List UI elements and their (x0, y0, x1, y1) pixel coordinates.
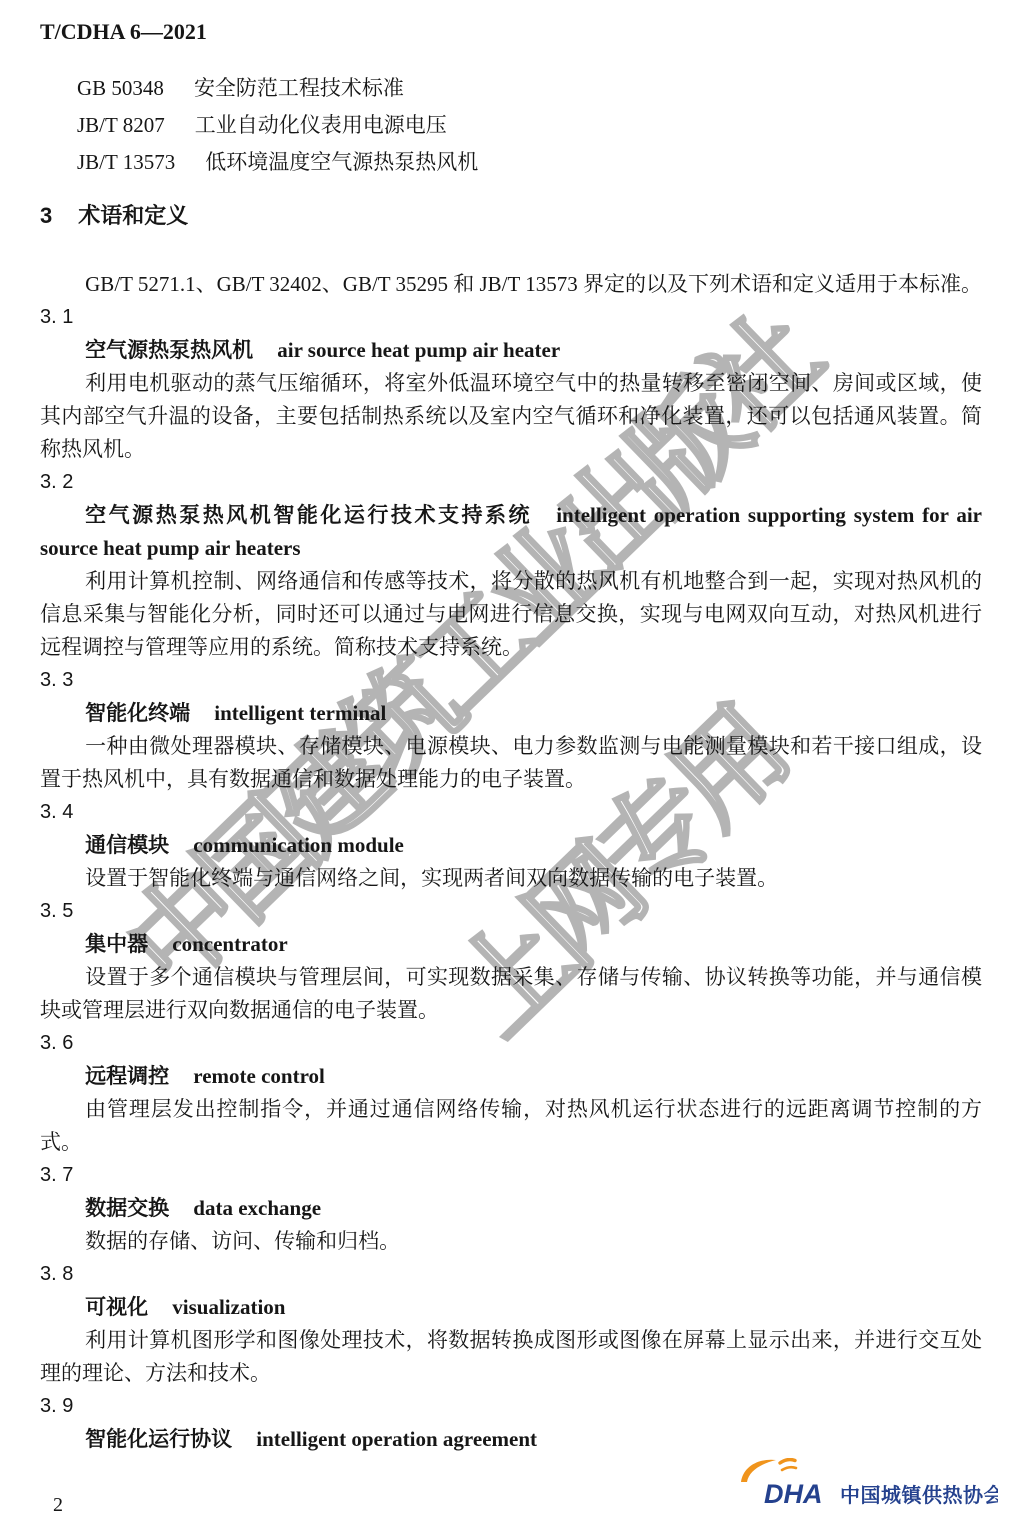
term-title-en: remote control (193, 1064, 325, 1088)
term-title-zh: 智能化终端 (85, 702, 190, 725)
reference-code: JB/T 8207 (77, 113, 165, 137)
term-entry: 3. 7 数据交换data exchange 数据的存储、访问、传输和归档。 (40, 1159, 982, 1258)
reference-title: 低环境温度空气源热泵热风机 (205, 150, 478, 174)
term-title: 智能化终端intelligent terminal (40, 697, 982, 730)
term-title-zh: 数据交换 (85, 1197, 169, 1220)
term-title: 通信模块communication module (40, 829, 982, 862)
section-heading: 3术语和定义 (40, 202, 188, 230)
intro-paragraph: GB/T 5271.1、GB/T 32402、GB/T 35295 和 JB/T… (40, 268, 982, 301)
term-title-zh: 通信模块 (85, 834, 169, 857)
term-entry: 3. 4 通信模块communication module 设置于智能化终端与通… (40, 796, 982, 895)
term-definition: 数据的存储、访问、传输和归档。 (40, 1225, 982, 1258)
term-number: 3. 1 (40, 301, 982, 334)
term-number: 3. 5 (40, 895, 982, 928)
term-entry: 3. 2 空气源热泵热风机智能化运行技术支持系统intelligent oper… (40, 466, 982, 664)
term-title-zh: 智能化运行协议 (85, 1428, 232, 1451)
term-title: 空气源热泵热风机智能化运行技术支持系统intelligent operation… (40, 499, 982, 565)
term-definition: 利用电机驱动的蒸气压缩循环，将室外低温环境空气中的热量转移至密闭空间、房间或区域… (40, 367, 982, 466)
document-page: 中国建筑工业出版社 上网专用 T/CDHA 6—2021 GB 50348安全防… (0, 0, 1020, 1534)
term-title: 远程调控remote control (40, 1060, 982, 1093)
term-title-zh: 集中器 (85, 933, 148, 956)
term-title: 智能化运行协议intelligent operation agreement (40, 1423, 982, 1456)
page-number: 2 (53, 1492, 63, 1518)
term-title-zh: 远程调控 (85, 1065, 169, 1088)
terms-list: 3. 1 空气源热泵热风机air source heat pump air he… (40, 301, 982, 1456)
terms-content: GB/T 5271.1、GB/T 32402、GB/T 35295 和 JB/T… (40, 268, 982, 1456)
term-title: 集中器concentrator (40, 928, 982, 961)
term-title-zh: 可视化 (85, 1296, 148, 1319)
section-number: 3 (40, 203, 52, 228)
term-definition: 利用计算机控制、网络通信和传感等技术，将分散的热风机有机地整合到一起，实现对热风… (40, 565, 982, 664)
term-title: 数据交换data exchange (40, 1192, 982, 1225)
term-title-en: intelligent terminal (214, 701, 386, 725)
term-definition: 利用计算机图形学和图像处理技术，将数据转换成图形或图像在屏幕上显示出来，并进行交… (40, 1324, 982, 1390)
term-definition: 设置于多个通信模块与管理层间，可实现数据采集、存储与传输、协议转换等功能，并与通… (40, 961, 982, 1027)
term-number: 3. 7 (40, 1159, 982, 1192)
term-number: 3. 3 (40, 664, 982, 697)
term-entry: 3. 1 空气源热泵热风机air source heat pump air he… (40, 301, 982, 466)
reference-line: GB 50348安全防范工程技术标准 (40, 70, 940, 107)
term-title-zh: 空气源热泵热风机 (85, 339, 253, 362)
standard-code-header: T/CDHA 6—2021 (40, 18, 207, 46)
term-entry: 3. 6 远程调控remote control 由管理层发出控制指令，并通过通信… (40, 1027, 982, 1159)
term-entry: 3. 5 集中器concentrator 设置于多个通信模块与管理层间，可实现数… (40, 895, 982, 1027)
association-name: 中国城镇供热协会 (840, 1483, 998, 1507)
term-title-en: concentrator (172, 932, 287, 956)
reference-line: JB/T 13573低环境温度空气源热泵热风机 (40, 144, 940, 181)
term-number: 3. 4 (40, 796, 982, 829)
term-title-en: data exchange (193, 1196, 321, 1220)
term-title: 空气源热泵热风机air source heat pump air heater (40, 334, 982, 367)
reference-code: JB/T 13573 (77, 150, 175, 174)
normative-references: GB 50348安全防范工程技术标准 JB/T 8207工业自动化仪表用电源电压… (40, 70, 940, 181)
term-definition: 设置于智能化终端与通信网络之间，实现两者间双向数据传输的电子装置。 (40, 862, 982, 895)
cdha-acronym: DHA (764, 1479, 823, 1509)
term-title-zh: 空气源热泵热风机智能化运行技术支持系统 (85, 504, 532, 527)
term-title-en: intelligent operation agreement (256, 1427, 537, 1451)
association-logo: DHA 中国城镇供热协会 (736, 1458, 998, 1520)
term-number: 3. 2 (40, 466, 982, 499)
term-number: 3. 9 (40, 1390, 982, 1423)
reference-code: GB 50348 (77, 76, 164, 100)
term-definition: 由管理层发出控制指令，并通过通信网络传输，对热风机运行状态进行的远距离调节控制的… (40, 1093, 982, 1159)
term-title-en: air source heat pump air heater (277, 338, 560, 362)
term-entry: 3. 3 智能化终端intelligent terminal 一种由微处理器模块… (40, 664, 982, 796)
term-entry: 3. 9 智能化运行协议intelligent operation agreem… (40, 1390, 982, 1456)
term-title-en: communication module (193, 833, 404, 857)
reference-title: 安全防范工程技术标准 (194, 76, 404, 100)
term-title: 可视化visualization (40, 1291, 982, 1324)
term-number: 3. 8 (40, 1258, 982, 1291)
section-title: 术语和定义 (78, 203, 188, 228)
reference-title: 工业自动化仪表用电源电压 (195, 113, 447, 137)
term-number: 3. 6 (40, 1027, 982, 1060)
reference-line: JB/T 8207工业自动化仪表用电源电压 (40, 107, 940, 144)
term-definition: 一种由微处理器模块、存储模块、电源模块、电力参数监测与电能测量模块和若干接口组成… (40, 730, 982, 796)
term-title-en: visualization (172, 1295, 285, 1319)
term-entry: 3. 8 可视化visualization 利用计算机图形学和图像处理技术，将数… (40, 1258, 982, 1390)
